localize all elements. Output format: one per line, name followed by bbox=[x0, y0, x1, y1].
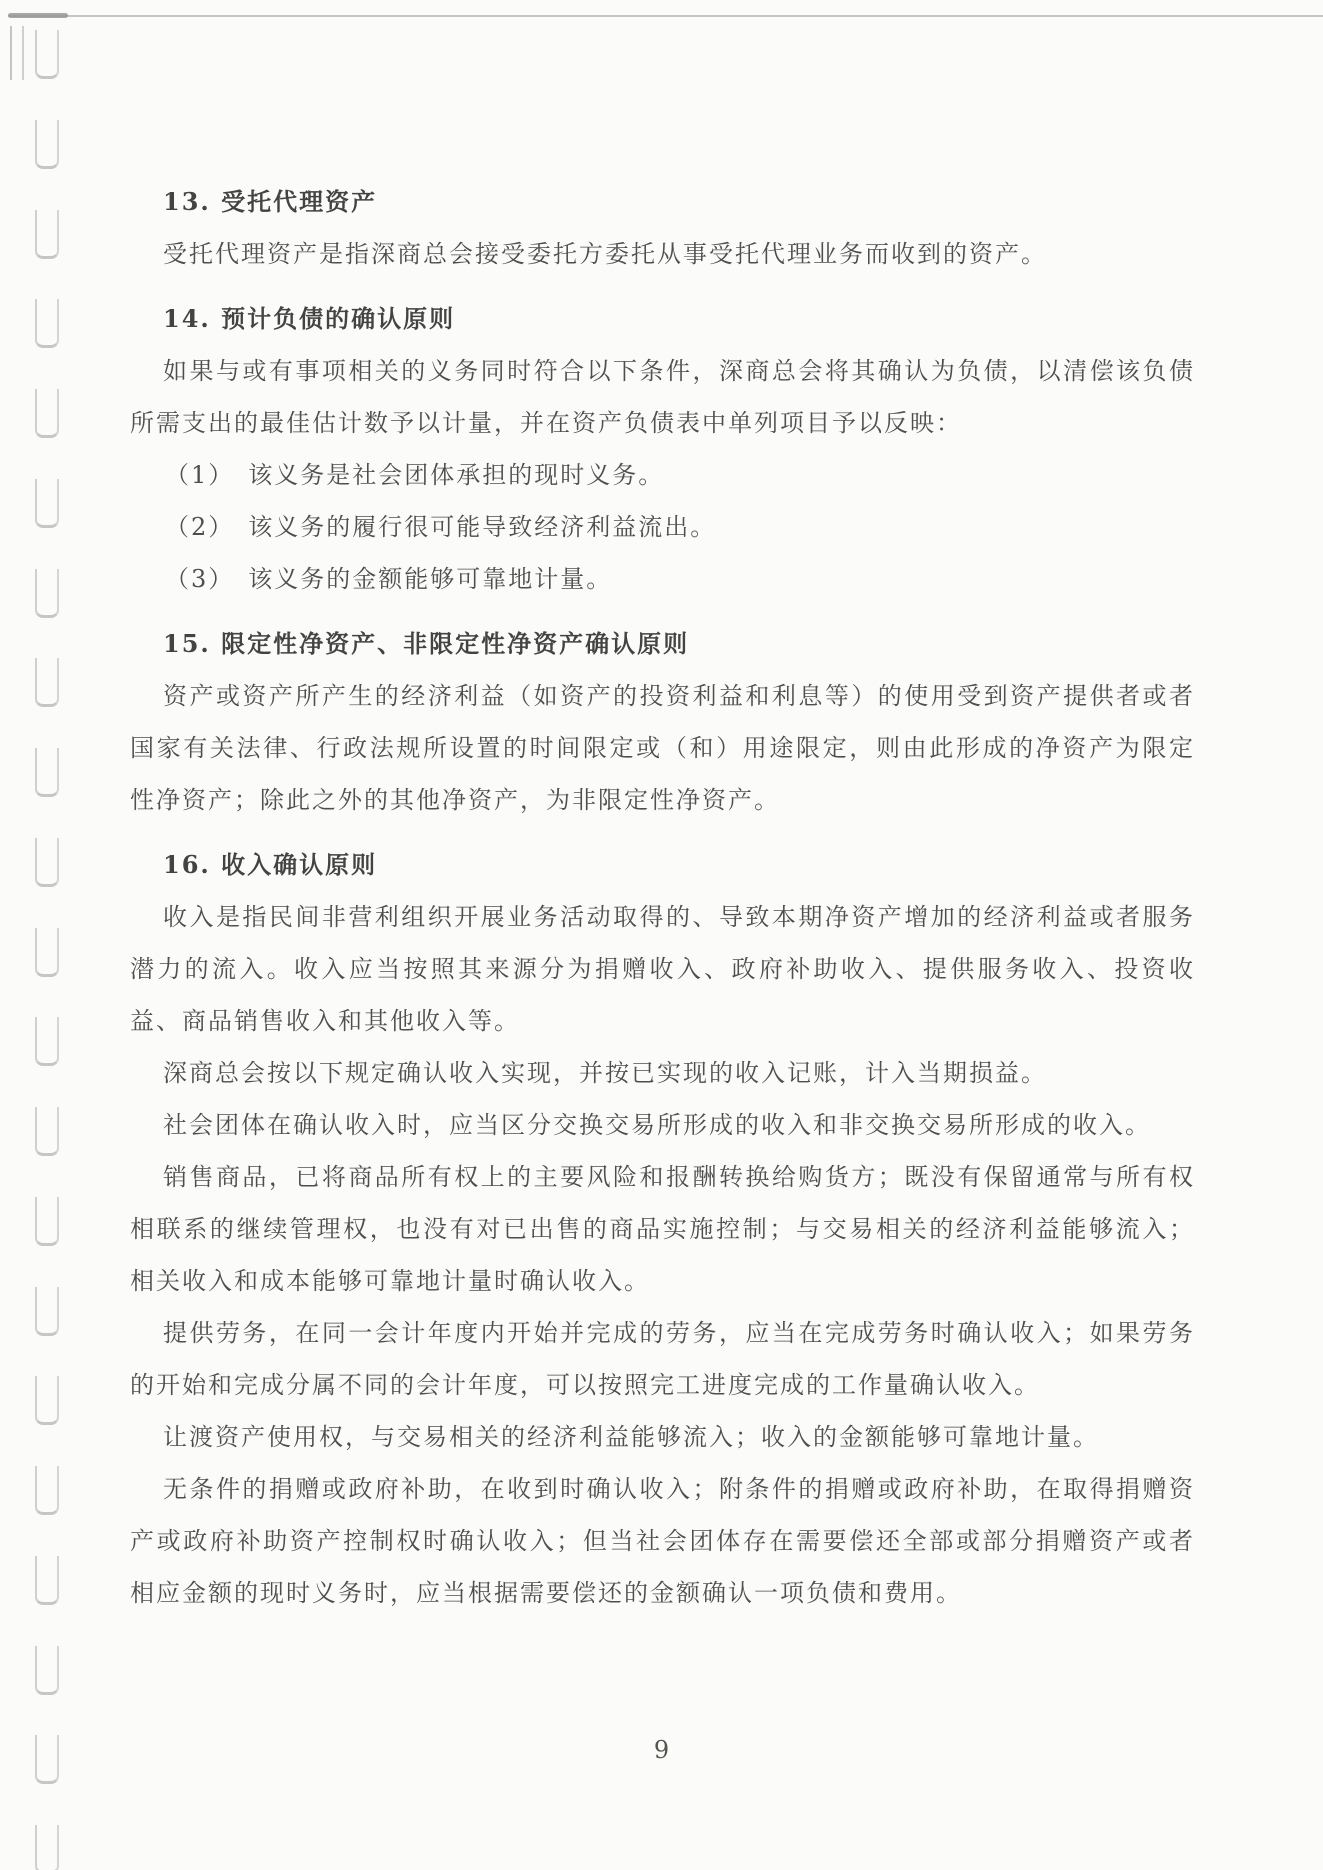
section-13-heading: 13. 受托代理资产 bbox=[130, 176, 1195, 228]
section-15-net-assets: 15. 限定性净资产、非限定性净资产确认原则 资产或资产所产生的经济利益（如资产… bbox=[130, 618, 1195, 826]
binding-hole-partial bbox=[10, 26, 24, 80]
binding-hole bbox=[35, 120, 59, 169]
section-16-paragraph-3: 社会团体在确认收入时，应当区分交换交易所形成的收入和非交换交易所形成的收入。 bbox=[130, 1099, 1195, 1151]
binding-hole bbox=[35, 1646, 59, 1695]
binding-hole bbox=[35, 1376, 59, 1425]
section-13-entrusted-agency-assets: 13. 受托代理资产 受托代理资产是指深商总会接受委托方委托从事受托代理业务而收… bbox=[130, 176, 1195, 280]
document-content: 13. 受托代理资产 受托代理资产是指深商总会接受委托方委托从事受托代理业务而收… bbox=[130, 176, 1195, 1619]
section-14-estimated-liabilities: 14. 预计负债的确认原则 如果与或有事项相关的义务同时符合以下条件，深商总会将… bbox=[130, 293, 1195, 605]
binding-hole bbox=[35, 30, 59, 79]
section-16-paragraph-4: 销售商品，已将商品所有权上的主要风险和报酬转换给购货方；既没有保留通常与所有权相… bbox=[130, 1151, 1195, 1307]
binding-hole bbox=[35, 658, 59, 707]
section-16-paragraph-2: 深商总会按以下规定确认收入实现，并按已实现的收入记账，计入当期损益。 bbox=[130, 1047, 1195, 1099]
section-16-revenue-recognition: 16. 收入确认原则 收入是指民间非营利组织开展业务活动取得的、导致本期净资产增… bbox=[130, 839, 1195, 1619]
section-13-paragraph: 受托代理资产是指深商总会接受委托方委托从事受托代理业务而收到的资产。 bbox=[130, 228, 1195, 280]
section-14-list-item-1: （1） 该义务是社会团体承担的现时义务。 bbox=[130, 449, 1195, 501]
binding-hole bbox=[35, 928, 59, 977]
binding-hole bbox=[35, 1197, 59, 1246]
scan-top-edge-line bbox=[8, 15, 1323, 17]
section-14-heading: 14. 预计负债的确认原则 bbox=[130, 293, 1195, 345]
page-number: 9 bbox=[0, 1736, 1323, 1764]
binding-hole bbox=[35, 1287, 59, 1336]
section-16-paragraph-1: 收入是指民间非营利组织开展业务活动取得的、导致本期净资产增加的经济利益或者服务潜… bbox=[130, 891, 1195, 1047]
section-16-paragraph-6: 让渡资产使用权，与交易相关的经济利益能够流入；收入的金额能够可靠地计量。 bbox=[130, 1411, 1195, 1463]
binding-hole bbox=[35, 299, 59, 348]
section-16-paragraph-5: 提供劳务，在同一会计年度内开始并完成的劳务，应当在完成劳务时确认收入；如果劳务的… bbox=[130, 1307, 1195, 1411]
binding-hole bbox=[35, 1825, 59, 1870]
section-14-list-item-2: （2） 该义务的履行很可能导致经济利益流出。 bbox=[130, 501, 1195, 553]
scan-top-edge-mark bbox=[8, 13, 68, 18]
section-15-heading: 15. 限定性净资产、非限定性净资产确认原则 bbox=[130, 618, 1195, 670]
binding-hole bbox=[35, 748, 59, 797]
section-16-heading: 16. 收入确认原则 bbox=[130, 839, 1195, 891]
binding-hole bbox=[35, 1107, 59, 1156]
binding-hole bbox=[35, 838, 59, 887]
binding-hole bbox=[35, 389, 59, 438]
scanned-document-page: 13. 受托代理资产 受托代理资产是指深商总会接受委托方委托从事受托代理业务而收… bbox=[0, 0, 1323, 1870]
section-15-paragraph: 资产或资产所产生的经济利益（如资产的投资利益和利息等）的使用受到资产提供者或者国… bbox=[130, 670, 1195, 826]
binding-hole bbox=[35, 479, 59, 528]
binding-hole bbox=[35, 1466, 59, 1515]
binding-hole bbox=[35, 1017, 59, 1066]
binding-hole bbox=[35, 210, 59, 259]
section-14-paragraph: 如果与或有事项相关的义务同时符合以下条件，深商总会将其确认为负债，以清偿该负债所… bbox=[130, 345, 1195, 449]
binding-hole bbox=[35, 1556, 59, 1605]
section-16-paragraph-7: 无条件的捐赠或政府补助，在收到时确认收入；附条件的捐赠或政府补助，在取得捐赠资产… bbox=[130, 1463, 1195, 1619]
section-14-list-item-3: （3） 该义务的金额能够可靠地计量。 bbox=[130, 553, 1195, 605]
binding-hole bbox=[35, 569, 59, 618]
